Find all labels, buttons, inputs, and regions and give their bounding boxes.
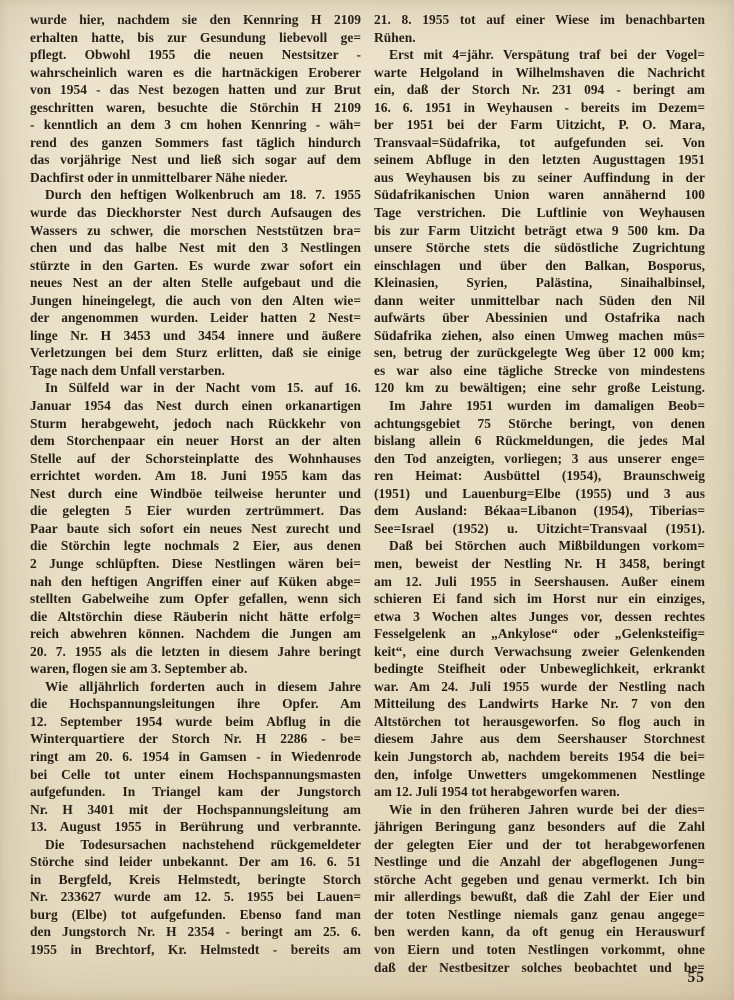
text-line: sen, betrug der zurückgelegte Weg über 1… [374, 344, 705, 362]
text-line: der angenommen wurden. Leider hatten 2 N… [30, 309, 361, 327]
paragraph: Erst mit 4=jähr. Verspätung traf bei der… [374, 46, 705, 397]
text-line: seinem Abfluge in den letzten Augusttage… [374, 151, 705, 169]
text-line: bis zur Farm Uitzicht beträgt etwa 9 500… [374, 222, 705, 240]
text-line: Wassers zu schwer, die morschen Neststüt… [30, 222, 361, 240]
text-line: jährigen Beringung ganz besonders auf di… [374, 818, 705, 836]
text-line: Die Todesursachen nachstehend rückgemeld… [30, 836, 361, 854]
text-line: Nr. H 3401 mit der Hochspannungsleitung … [30, 801, 361, 819]
paragraph: Im Jahre 1951 wurden im damaligen Beob=a… [374, 397, 705, 537]
text-line: 2 Junge schlüpften. Diese Nestlingen wär… [30, 555, 361, 573]
text-line: aufgefunden. In Triangel kam der Jungsto… [30, 783, 361, 801]
text-line: men, beweist der Nestling Nr. H 3458, be… [374, 555, 705, 573]
text-line: burg (Elbe) tot aufgefunden. Ebenso fand… [30, 906, 361, 924]
text-line: rend des ganzen Sommers fast täglich hin… [30, 134, 361, 152]
text-line: warte Helgoland in Wilhelmshaven die Nac… [374, 64, 705, 82]
text-line: - kenntlich an dem 3 cm hohen Kennring -… [30, 116, 361, 134]
text-line: wurde hier, nachdem sie den Kennring H 2… [30, 11, 361, 29]
text-line: etwa 3 Wochen altes Junges vor, dessen r… [374, 608, 705, 626]
text-line: aus Weyhausen bis zu seiner Auffindung i… [374, 169, 705, 187]
paragraph: 21. 8. 1955 tot auf einer Wiese im benac… [374, 11, 705, 46]
paragraph: Durch den heftigen Wolkenbruch am 18. 7.… [30, 186, 361, 379]
text-line: Wie alljährlich forderten auch in diesem… [30, 678, 361, 696]
text-line: einschlagen und über den Balkan, Bosporu… [374, 257, 705, 275]
text-line: Durch den heftigen Wolkenbruch am 18. 7.… [30, 186, 361, 204]
text-line: Januar 1954 das Nest durch einen orkanar… [30, 397, 361, 415]
text-line: Verletzungen bei dem Sturz erlitten, daß… [30, 344, 361, 362]
text-line: Altstörchen tot herausgeworfen. So flog … [374, 713, 705, 731]
text-line: geschritten waren, besuchte die Störchin… [30, 99, 361, 117]
text-line: 120 km zu bewältigen; eine sehr große Le… [374, 379, 705, 397]
text-line: dann weiter unmittelbar nach Süden den N… [374, 292, 705, 310]
text-line: in Bergfeld, Kreis Helmstedt, beringte S… [30, 871, 361, 889]
text-line: mir allerdings bewußt, daß die Zahl der … [374, 888, 705, 906]
text-line: Mitteilung des Landwirts Harke Nr. 7 von… [374, 695, 705, 713]
text-line: waren, flogen sie am 3. September ab. [30, 660, 361, 678]
text-line: keit“, eine durch Verwachsung zweier Gel… [374, 643, 705, 661]
text-line: stürzte in den Garten. Es wurde zwar sof… [30, 257, 361, 275]
text-line: Winterquartiere der Storch Nr. H 2286 - … [30, 730, 361, 748]
text-line: die gelegten 5 Eier wurden zertrümmert. … [30, 502, 361, 520]
text-line: Nest durch eine Windböe teilweise herunt… [30, 485, 361, 503]
text-line: chen und das halbe Nest mit den 3 Nestli… [30, 239, 361, 257]
text-line: dem Storchenpaar ein neuer Horst an der … [30, 432, 361, 450]
text-line: pflegt. Obwohl 1955 die neuen Nestsitzer… [30, 46, 361, 64]
text-line: ren Heimat: Ausbüttel (1954), Braunschwe… [374, 467, 705, 485]
text-line: schieren Ei fand sich im Horst nur ein e… [374, 590, 705, 608]
text-line: Sturm herabgeweht, jedoch nach Rückkehr … [30, 415, 361, 433]
text-line: Fesselgelenk an „Ankylose“ oder „Gelenks… [374, 625, 705, 643]
text-line: Daß bei Störchen auch Mißbildungen vorko… [374, 537, 705, 555]
text-line: wahrscheinlich waren es die hartnäckigen… [30, 64, 361, 82]
text-line: die Störchin legte nochmals 2 Eier, aus … [30, 537, 361, 555]
text-line: Nestlinge und die Anzahl der abgeflogene… [374, 853, 705, 871]
text-line: achtungsgebiet 75 Störche beringt, von d… [374, 415, 705, 433]
text-line: stellten Gabelweihe zum Opfer gefallen, … [30, 590, 361, 608]
text-column-right: 21. 8. 1955 tot auf einer Wiese im benac… [374, 11, 705, 976]
text-line: daß der Nestbesitzer solches beobachtet … [374, 959, 705, 977]
text-line: reich abwehren können. Nachdem die Junge… [30, 625, 361, 643]
text-line: bedingte Steifheit oder Unbeweglichkeit,… [374, 660, 705, 678]
text-line: es war also eine tägliche Strecke von mi… [374, 362, 705, 380]
text-line: dem Ausland: Békaa=Libanon (1954), Tiber… [374, 502, 705, 520]
text-line: (1951) und Lauenburg=Elbe (1955) und 3 a… [374, 485, 705, 503]
text-line: In Sülfeld war in der Nacht vom 15. auf … [30, 379, 361, 397]
paragraph: Daß bei Störchen auch Mißbildungen vorko… [374, 537, 705, 800]
text-line: unsere Störche stets die südöstliche Zug… [374, 239, 705, 257]
text-line: Im Jahre 1951 wurden im damaligen Beob= [374, 397, 705, 415]
text-line: Rühen. [374, 29, 705, 47]
text-line: erhalten hatte, bis zur Gesundung liebev… [30, 29, 361, 47]
paragraph: wurde hier, nachdem sie den Kennring H 2… [30, 11, 361, 186]
text-line: 12. September 1954 wurde beim Abflug in … [30, 713, 361, 731]
text-line: den Tod anzeigten, vorliegen; 3 aus unse… [374, 450, 705, 468]
paragraph: Wie in den früheren Jahren wurde bei der… [374, 801, 705, 976]
text-line: nah den heftigen Angriffen einer auf Kük… [30, 573, 361, 591]
text-line: den, infolge Unwetters umgekommenen Nest… [374, 766, 705, 784]
text-line: Südafrikanischen Union waren annähernd 1… [374, 186, 705, 204]
text-line: errichtet worden. Am 18. Juni 1955 kam d… [30, 467, 361, 485]
text-line: Südafrika ziehen, also einen Umweg mache… [374, 327, 705, 345]
text-line: Tage nach dem Unfall verstarben. [30, 362, 361, 380]
text-column-left: wurde hier, nachdem sie den Kennring H 2… [30, 11, 361, 976]
page-number: 55 [688, 969, 706, 987]
scanned-page: wurde hier, nachdem sie den Kennring H 2… [0, 0, 734, 1000]
text-line: der gelegten Eier und der tot herabgewor… [374, 836, 705, 854]
paragraph: In Sülfeld war in der Nacht vom 15. auf … [30, 379, 361, 677]
text-line: von Eiern und toten Nestlingen vorkommt,… [374, 941, 705, 959]
text-line: 21. 8. 1955 tot auf einer Wiese im benac… [374, 11, 705, 29]
text-line: Nr. 233627 wurde am 12. 5. 1955 bei Laue… [30, 888, 361, 906]
text-line: See=Israel (1952) u. Uitzicht=Transvaal … [374, 520, 705, 538]
text-line: die Altstörchin diese Räuberin nicht hät… [30, 608, 361, 626]
text-line: 16. 6. 1951 in Weyhausen - bereits im De… [374, 99, 705, 117]
text-line: am 12. Juli 1954 tot herabgeworfen waren… [374, 783, 705, 801]
text-line: Transvaal=Südafrika, tot aufgefunden sei… [374, 134, 705, 152]
text-line: war. Am 24. Juli 1955 wurde der Nestling… [374, 678, 705, 696]
text-line: störche Acht gegeben und genau vermerkt.… [374, 871, 705, 889]
text-line: bei Celle tot unter einem Hochspannungsm… [30, 766, 361, 784]
text-line: den Jungstorch Nr. H 2354 - beringt am 2… [30, 923, 361, 941]
text-line: ber 1951 bei der Farm Uitzicht, P. O. Ma… [374, 116, 705, 134]
paragraph: Wie alljährlich forderten auch in diesem… [30, 678, 361, 836]
text-line: Störche sind leider unbekannt. Der am 16… [30, 853, 361, 871]
text-line: am 12. Juli 1955 in Seershausen. Außer e… [374, 573, 705, 591]
paragraph: Die Todesursachen nachstehend rückgemeld… [30, 836, 361, 959]
text-line: das vorjährige Nest und ließ sich sogar … [30, 151, 361, 169]
text-line: Paar baute sich sofort ein neues Nest zu… [30, 520, 361, 538]
text-line: Jungen hineingelegt, die auch von den Al… [30, 292, 361, 310]
text-line: wurde das Dieckhorster Nest durch Aufsau… [30, 204, 361, 222]
text-line: ringt am 20. 6. 1954 in Gamsen - in Wied… [30, 748, 361, 766]
text-line: 1955 in Brechtorf, Kr. Helmstedt - berei… [30, 941, 361, 959]
text-line: von 1954 - das Nest bezogen hatten und z… [30, 81, 361, 99]
text-line: Dachfirst oder in unmittelbarer Nähe nie… [30, 169, 361, 187]
text-line: 13. August 1955 in Berührung und verbran… [30, 818, 361, 836]
text-line: Wie in den früheren Jahren wurde bei der… [374, 801, 705, 819]
text-columns: wurde hier, nachdem sie den Kennring H 2… [0, 0, 734, 976]
text-line: der toten Nestlinge niemals ganz genau a… [374, 906, 705, 924]
text-line: die Hochspannungsleitungen ihre Opfer. A… [30, 695, 361, 713]
text-line: linge Nr. H 3453 und 3454 innere und äuß… [30, 327, 361, 345]
text-line: 20. 7. 1955 als die letzten in diesem Ja… [30, 643, 361, 661]
text-line: ben werden kann, da oft genug ein Heraus… [374, 923, 705, 941]
text-line: Erst mit 4=jähr. Verspätung traf bei der… [374, 46, 705, 64]
text-line: aufwärts über Abessinien und Ostafrika n… [374, 309, 705, 327]
text-line: Stelle auf der Schorsteinplatte des Wohn… [30, 450, 361, 468]
text-line: neues Nest an der alten Stelle aufgebaut… [30, 274, 361, 292]
text-line: ein, daß der Storch Nr. 231 094 - bering… [374, 81, 705, 99]
text-line: bislang allein 6 Rückmeldungen, die jede… [374, 432, 705, 450]
text-line: kein Jungstorch ab, nachdem bereits 1954… [374, 748, 705, 766]
text-line: Kleinasien, Syrien, Palästina, Sinaihalb… [374, 274, 705, 292]
text-line: Tage verstrichen. Die Luftlinie von Weyh… [374, 204, 705, 222]
text-line: diesem Jahre aus dem Seershauser Storchn… [374, 730, 705, 748]
